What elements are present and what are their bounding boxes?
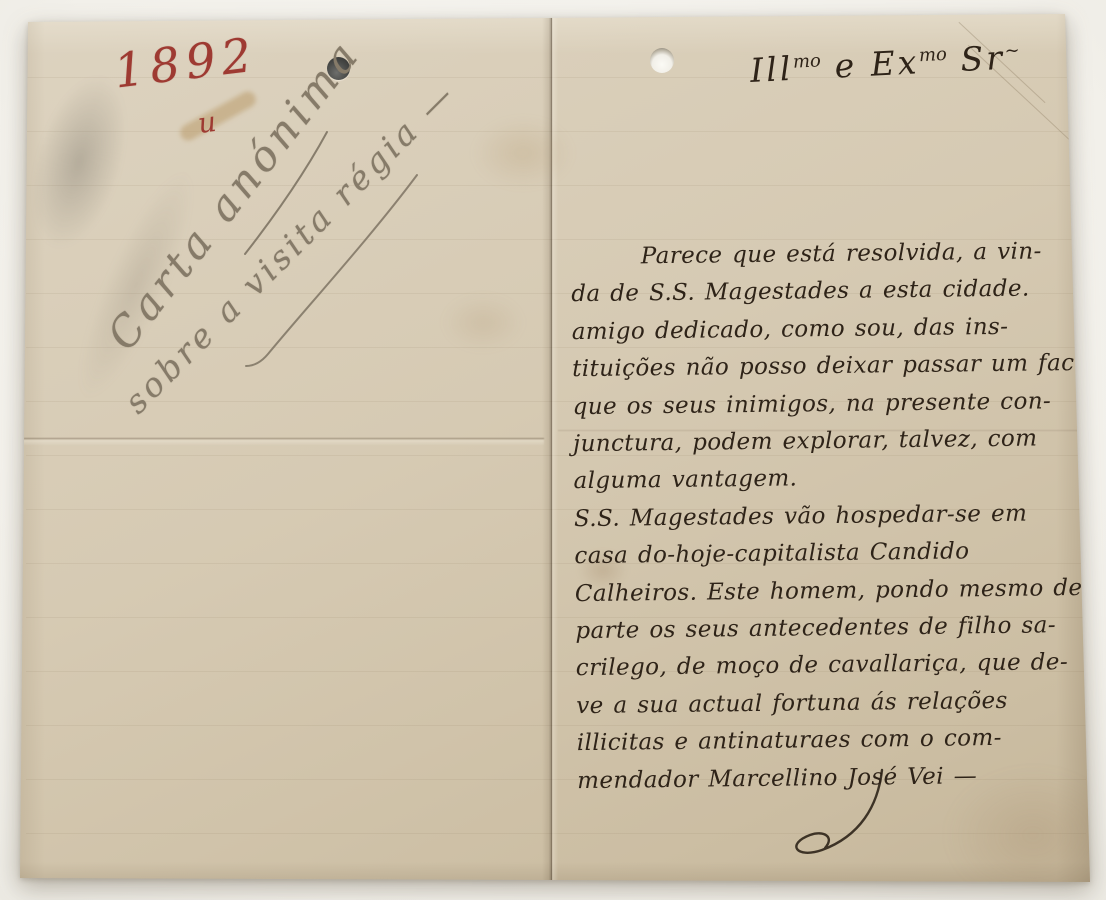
manuscript-line: illicitas e antinaturaes com o com- xyxy=(577,719,1093,763)
archive-mark-red-ink: u xyxy=(196,105,218,140)
manuscript-line: Calheiros. Este homem, pondo mesmo de xyxy=(575,570,1091,614)
manuscript-line: ve a sua actual fortuna ás relações xyxy=(576,682,1092,726)
fold-crease-line xyxy=(551,10,552,888)
paper-sheet: 1892 u Carta anónima sobre a visita régi… xyxy=(18,10,1094,888)
salutation-text: Sr xyxy=(946,38,1006,80)
photo-backdrop: 1892 u Carta anónima sobre a visita régi… xyxy=(0,0,1106,900)
manuscript-line: tituições não posso deixar passar um fac… xyxy=(572,345,1088,389)
manuscript-line: Parece que está resolvida, a vin- xyxy=(571,233,1087,277)
fold-crease-horizontal-left xyxy=(22,438,544,440)
letter-body: Parece que está resolvida, a vin- da de … xyxy=(571,233,1094,800)
manuscript-line: S.S. Magestades vão hospedar-se em xyxy=(574,495,1090,539)
salutation-text: e Ex xyxy=(820,42,920,86)
manuscript-line: da de S.S. Magestades a esta cidade. xyxy=(571,270,1087,314)
salutation-text: Ill xyxy=(749,49,794,90)
manuscript-line: alguma vantagem. xyxy=(573,457,1089,501)
archive-year-red-ink: 1892 xyxy=(111,27,260,99)
salutation-superscript: ~ xyxy=(1004,40,1020,62)
manuscript-line: mendador Marcellino José Vei — xyxy=(577,757,1093,801)
manuscript-line: amigo dedicado, como sou, das ins- xyxy=(572,308,1088,352)
salutation-superscript: mo xyxy=(792,50,821,72)
salutation-superscript: mo xyxy=(918,44,947,66)
stain xyxy=(443,295,523,350)
manuscript-line: parte os seus antecedentes de filho sa- xyxy=(575,607,1091,651)
manuscript-line: que os seus inimigos, na presente con- xyxy=(572,382,1088,426)
letter-paper: 1892 u Carta anónima sobre a visita régi… xyxy=(18,10,1094,888)
manuscript-line: casa do-hoje-capitalista Candido xyxy=(574,532,1090,576)
manuscript-line: junctura, podem explorar, talvez, com xyxy=(573,420,1089,464)
salutation: Illmo e Exmo Sr~ xyxy=(749,37,1021,90)
punch-hole-right xyxy=(650,48,674,73)
manuscript-line: crilego, de moço de cavallariça, que de- xyxy=(576,644,1092,688)
